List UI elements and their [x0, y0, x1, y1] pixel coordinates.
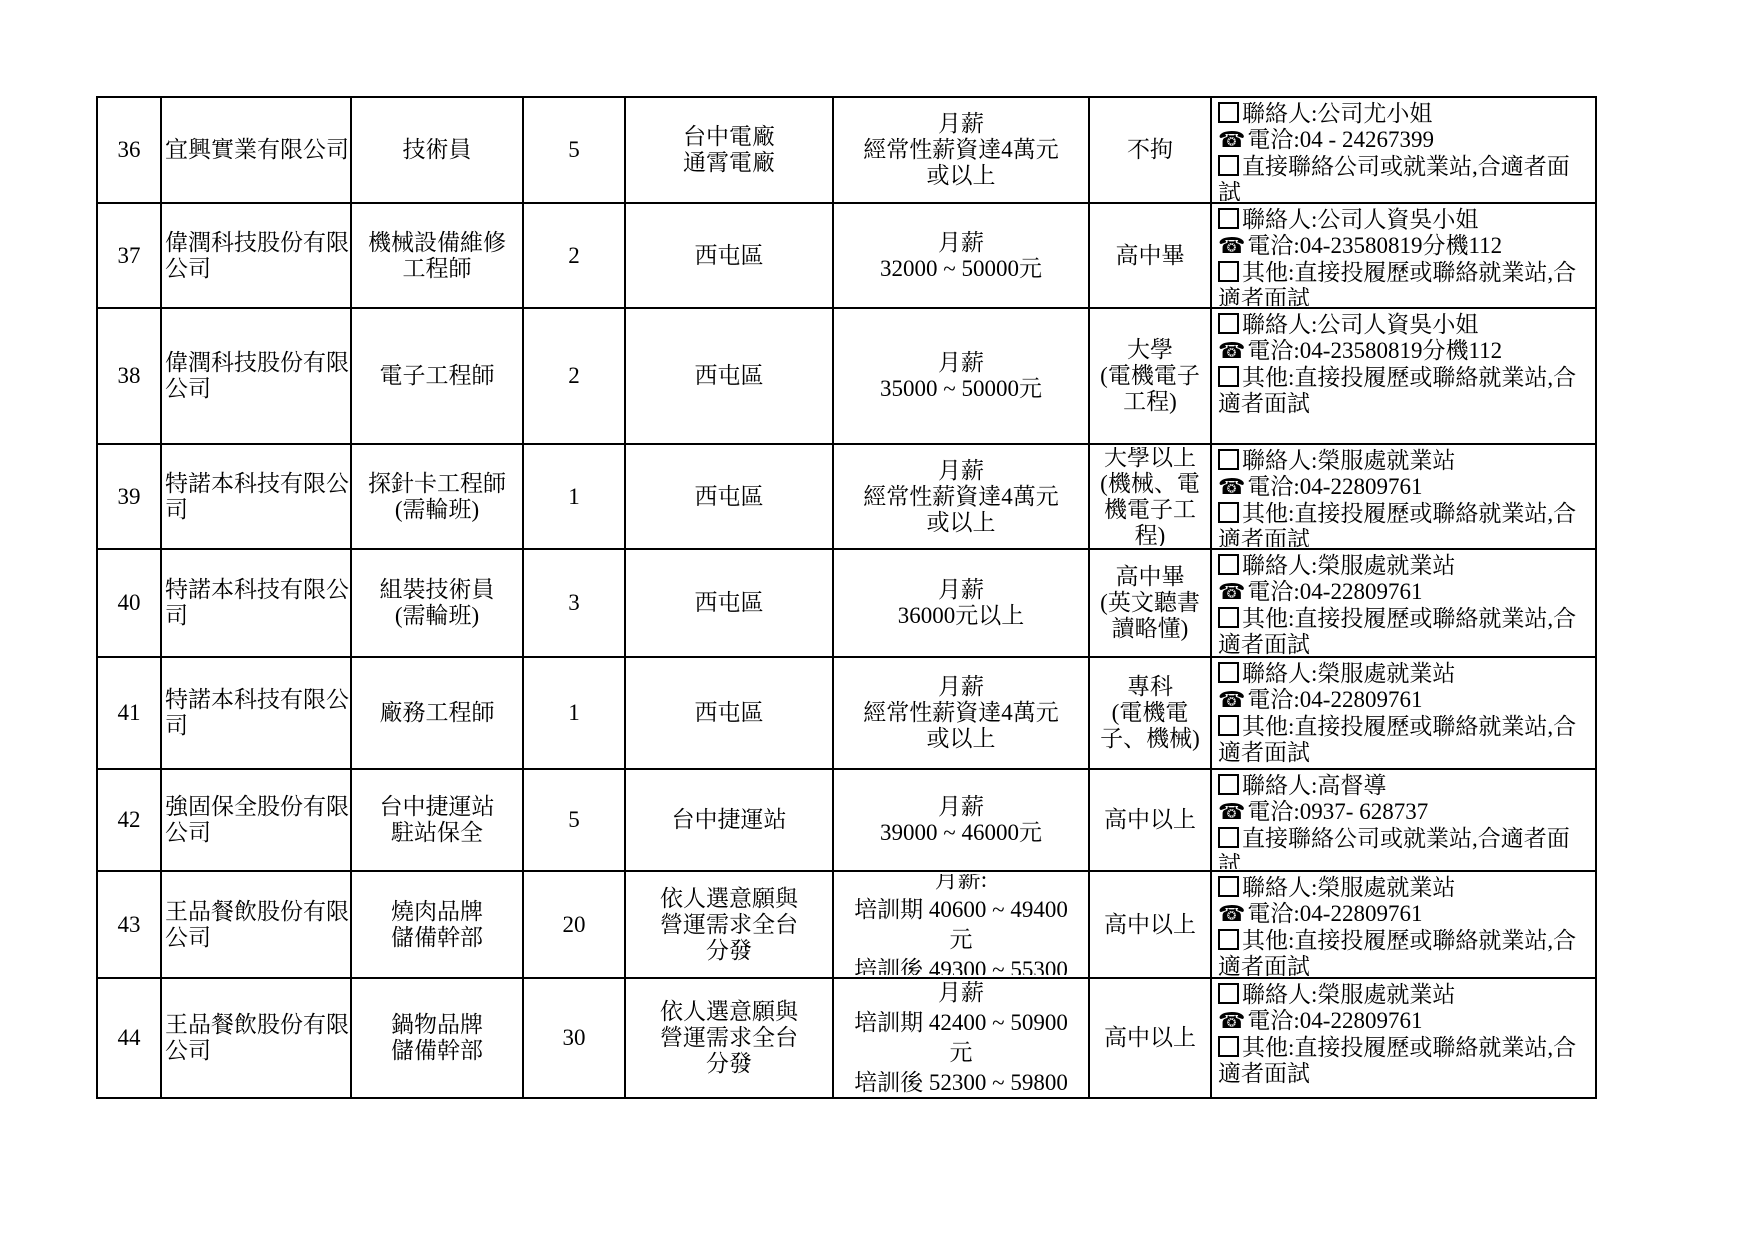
contact-text: 其他:直接投履歷或聯絡就業站,合適者面試	[1218, 606, 1576, 655]
text-line: 高中以上	[1090, 807, 1210, 833]
job-title: 鍋物品牌儲備幹部	[351, 978, 523, 1098]
contact-info: 聯絡人:榮服處就業站☎電洽:04-22809761其他:直接投履歷或聯絡就業站,…	[1211, 978, 1596, 1098]
openings-count: 1	[523, 444, 625, 549]
checkbox-icon	[1218, 876, 1239, 897]
checkbox-icon	[1218, 449, 1239, 470]
education-requirement: 高中以上	[1089, 769, 1211, 871]
text-line: 子、機械)	[1090, 726, 1210, 752]
checkbox-icon	[1218, 155, 1239, 176]
text-line: 機械設備維修	[352, 230, 522, 256]
row-number: 39	[97, 444, 161, 549]
contact-text: 聯絡人:榮服處就業站	[1242, 553, 1455, 578]
text-line: 儲備幹部	[352, 1038, 522, 1064]
text-line: 駐站保全	[352, 820, 522, 846]
row-number: 36	[97, 97, 161, 203]
row-number: 40	[97, 549, 161, 657]
work-location: 依人選意願與營運需求全台分發	[625, 871, 833, 978]
checkbox-icon	[1218, 983, 1239, 1004]
contact-info: 聯絡人:榮服處就業站☎電洽:04-22809761其他:直接投履歷或聯絡就業站,…	[1211, 871, 1596, 978]
openings-count: 2	[523, 308, 625, 444]
text-line: 特諾本科技有限公司	[165, 471, 350, 523]
contact-info: 聯絡人:榮服處就業站☎電洽:04-22809761其他:直接投履歷或聯絡就業站,…	[1211, 549, 1596, 657]
text-line: 月薪	[834, 674, 1088, 700]
row-number: 38	[97, 308, 161, 444]
text-line: 程)	[1090, 523, 1210, 547]
job-title: 技術員	[351, 97, 523, 203]
checkbox-icon	[1218, 1036, 1239, 1057]
contact-text: 其他:直接投履歷或聯絡就業站,合適者面試	[1218, 260, 1576, 306]
text-line: 培訓後 52300 ~ 59800	[834, 1068, 1088, 1095]
text-line: 43	[98, 912, 160, 938]
text-line: 月薪	[834, 981, 1088, 1008]
contact-line: 聯絡人:高督導	[1218, 773, 1591, 799]
text-line: 西屯區	[626, 590, 832, 616]
contact-text: 電洽:0937- 628737	[1247, 799, 1428, 824]
text-line: 36000元以上	[834, 603, 1088, 629]
openings-count: 30	[523, 978, 625, 1098]
education-requirement: 大學(電機電子工程)	[1089, 308, 1211, 444]
phone-icon: ☎	[1218, 800, 1245, 825]
text-line: 30	[524, 1025, 624, 1051]
contact-line: ☎電洽:04 - 24267399	[1218, 127, 1591, 154]
text-line: 高中畢	[1090, 564, 1210, 590]
contact-text: 其他:直接投履歷或聯絡就業站,合適者面試	[1218, 365, 1576, 416]
table-row: 41特諾本科技有限公司廠務工程師1西屯區月薪經常性薪資達4萬元或以上專科(電機電…	[97, 657, 1596, 769]
text-line: 37	[98, 243, 160, 269]
contact-line: 聯絡人:榮服處就業站	[1218, 553, 1591, 579]
text-line: 探針卡工程師	[352, 471, 522, 497]
text-line: (需輪班)	[352, 603, 522, 629]
checkbox-icon	[1218, 261, 1239, 282]
education-requirement: 高中畢(英文聽書讀略懂)	[1089, 549, 1211, 657]
checkbox-icon	[1218, 554, 1239, 575]
contact-text: 直接聯絡公司或就業站,合適者面試	[1218, 826, 1570, 869]
text-line: 36	[98, 137, 160, 163]
education-requirement: 不拘	[1089, 97, 1211, 203]
table-row: 44王品餐飲股份有限公司鍋物品牌儲備幹部30依人選意願與營運需求全台分發月薪培訓…	[97, 978, 1596, 1098]
text-line: 41	[98, 700, 160, 726]
text-line: 高中以上	[1090, 1025, 1210, 1051]
checkbox-icon	[1218, 607, 1239, 628]
text-line: 專科	[1090, 674, 1210, 700]
salary-text: 月薪39000 ~ 46000元	[833, 769, 1089, 871]
work-location: 西屯區	[625, 657, 833, 769]
contact-line: 聯絡人:榮服處就業站	[1218, 661, 1591, 687]
text-line: 3	[524, 590, 624, 616]
contact-line: 聯絡人:公司尤小姐	[1218, 101, 1591, 127]
text-line: (機械、電	[1090, 471, 1210, 497]
text-line: 20	[524, 912, 624, 938]
contact-line: 其他:直接投履歷或聯絡就業站,合適者面試	[1218, 365, 1591, 417]
row-number: 37	[97, 203, 161, 308]
text-line: 1	[524, 484, 624, 510]
text-line: (英文聽書	[1090, 590, 1210, 616]
contact-text: 其他:直接投履歷或聯絡就業站,合適者面試	[1218, 1035, 1576, 1086]
education-requirement: 高中畢	[1089, 203, 1211, 308]
contact-info: 聯絡人:高督導☎電洽:0937- 628737直接聯絡公司或就業站,合適者面試	[1211, 769, 1596, 871]
text-line: 2	[524, 363, 624, 389]
contact-info: 聯絡人:公司人資吳小姐☎電洽:04-23580819分機112其他:直接投履歷或…	[1211, 203, 1596, 308]
contact-line: 其他:直接投履歷或聯絡就業站,合適者面試	[1218, 1035, 1591, 1087]
contact-line: 聯絡人:榮服處就業站	[1218, 982, 1591, 1008]
contact-line: 其他:直接投履歷或聯絡就業站,合適者面試	[1218, 928, 1591, 976]
text-line: 月薪	[834, 577, 1088, 603]
row-number: 41	[97, 657, 161, 769]
text-line: 44	[98, 1025, 160, 1051]
text-line: 5	[524, 807, 624, 833]
text-line: 儲備幹部	[352, 925, 522, 951]
job-title: 組裝技術員(需輪班)	[351, 549, 523, 657]
company-name: 王品餐飲股份有限公司	[161, 871, 351, 978]
contact-text: 聯絡人:公司人資吳小姐	[1242, 312, 1478, 337]
text-line: 40	[98, 590, 160, 616]
education-requirement: 高中以上	[1089, 871, 1211, 978]
text-line: 元	[834, 925, 1088, 955]
contact-line: 其他:直接投履歷或聯絡就業站,合適者面試	[1218, 606, 1591, 655]
company-name: 特諾本科技有限公司	[161, 657, 351, 769]
phone-icon: ☎	[1218, 475, 1245, 500]
text-line: 王品餐飲股份有限公司	[165, 1012, 350, 1064]
text-line: 元	[834, 1038, 1088, 1068]
job-title: 電子工程師	[351, 308, 523, 444]
contact-text: 電洽:04-22809761	[1247, 1008, 1422, 1033]
contact-line: 其他:直接投履歷或聯絡就業站,合適者面試	[1218, 260, 1591, 306]
checkbox-icon	[1218, 929, 1239, 950]
salary-text: 月薪經常性薪資達4萬元或以上	[833, 444, 1089, 549]
text-line: 培訓期 42400 ~ 50900	[834, 1008, 1088, 1038]
contact-text: 電洽:04-22809761	[1247, 579, 1422, 604]
job-table-body: 36宜興實業有限公司技術員5台中電廠通霄電廠月薪經常性薪資達4萬元或以上不拘聯絡…	[97, 97, 1596, 1098]
text-line: 月薪	[834, 458, 1088, 484]
contact-text: 電洽:04-22809761	[1247, 901, 1422, 926]
table-row: 42強固保全股份有限公司台中捷運站駐站保全5台中捷運站月薪39000 ~ 460…	[97, 769, 1596, 871]
text-line: 2	[524, 243, 624, 269]
checkbox-icon	[1218, 502, 1239, 523]
checkbox-icon	[1218, 662, 1239, 683]
text-line: 依人選意願與	[626, 999, 832, 1025]
education-requirement: 專科(電機電子、機械)	[1089, 657, 1211, 769]
salary-text: 月薪經常性薪資達4萬元或以上	[833, 657, 1089, 769]
text-line: 台中捷運站	[352, 794, 522, 820]
salary-text: 月薪經常性薪資達4萬元或以上	[833, 97, 1089, 203]
text-line: 機電子工	[1090, 497, 1210, 523]
salary-text: 月薪35000 ~ 50000元	[833, 308, 1089, 444]
text-line: 鍋物品牌	[352, 1012, 522, 1038]
checkbox-icon	[1218, 774, 1239, 795]
text-line: 或以上	[834, 726, 1088, 752]
contact-text: 聯絡人:榮服處就業站	[1242, 875, 1455, 900]
text-line: 偉潤科技股份有限公司	[165, 350, 350, 402]
contact-text: 其他:直接投履歷或聯絡就業站,合適者面試	[1218, 714, 1576, 765]
text-line: 特諾本科技有限公司	[165, 577, 350, 629]
row-number: 44	[97, 978, 161, 1098]
contact-line: 直接聯絡公司或就業站,合適者面試	[1218, 826, 1591, 869]
text-line: 台中電廠	[626, 124, 832, 150]
table-row: 36宜興實業有限公司技術員5台中電廠通霄電廠月薪經常性薪資達4萬元或以上不拘聯絡…	[97, 97, 1596, 203]
text-line: 廠務工程師	[352, 700, 522, 726]
contact-line: ☎電洽:04-22809761	[1218, 1008, 1591, 1035]
checkbox-icon	[1218, 102, 1239, 123]
text-line: 經常性薪資達4萬元	[834, 137, 1088, 163]
text-line: 38	[98, 363, 160, 389]
contact-line: ☎電洽:04-22809761	[1218, 474, 1591, 501]
contact-text: 聯絡人:榮服處就業站	[1242, 448, 1455, 473]
job-listing-table: 36宜興實業有限公司技術員5台中電廠通霄電廠月薪經常性薪資達4萬元或以上不拘聯絡…	[96, 96, 1597, 1099]
checkbox-icon	[1218, 715, 1239, 736]
text-line: 台中捷運站	[626, 807, 832, 833]
job-title: 機械設備維修工程師	[351, 203, 523, 308]
text-line: 39	[98, 484, 160, 510]
contact-line: 聯絡人:榮服處就業站	[1218, 448, 1591, 474]
work-location: 西屯區	[625, 308, 833, 444]
company-name: 王品餐飲股份有限公司	[161, 978, 351, 1098]
salary-text: 月薪32000 ~ 50000元	[833, 203, 1089, 308]
contact-line: ☎電洽:0937- 628737	[1218, 799, 1591, 826]
text-line: 35000 ~ 50000元	[834, 376, 1088, 402]
text-line: 月薪:	[834, 874, 1088, 895]
text-line: 高中以上	[1090, 912, 1210, 938]
contact-text: 電洽:04-22809761	[1247, 474, 1422, 499]
phone-icon: ☎	[1218, 902, 1245, 927]
contact-text: 聯絡人:公司人資吳小姐	[1242, 207, 1478, 232]
table-row: 40特諾本科技有限公司組裝技術員(需輪班)3西屯區月薪36000元以上高中畢(英…	[97, 549, 1596, 657]
text-line: 王品餐飲股份有限公司	[165, 899, 350, 951]
contact-text: 聯絡人:高督導	[1242, 773, 1386, 798]
work-location: 台中捷運站	[625, 769, 833, 871]
phone-icon: ☎	[1218, 688, 1245, 713]
checkbox-icon	[1218, 827, 1239, 848]
text-line: 經常性薪資達4萬元	[834, 700, 1088, 726]
company-name: 強固保全股份有限公司	[161, 769, 351, 871]
company-name: 偉潤科技股份有限公司	[161, 203, 351, 308]
openings-count: 3	[523, 549, 625, 657]
text-line: 西屯區	[626, 363, 832, 389]
company-name: 宜興實業有限公司	[161, 97, 351, 203]
text-line: 月薪	[834, 794, 1088, 820]
contact-line: ☎電洽:04-22809761	[1218, 579, 1591, 606]
salary-text: 月薪:培訓期 40600 ~ 49400元培訓後 49300 ~ 55300	[833, 871, 1089, 978]
openings-count: 5	[523, 97, 625, 203]
contact-line: ☎電洽:04-22809761	[1218, 687, 1591, 714]
job-title: 探針卡工程師(需輪班)	[351, 444, 523, 549]
openings-count: 1	[523, 657, 625, 769]
text-line: 或以上	[834, 510, 1088, 536]
text-line: 西屯區	[626, 484, 832, 510]
text-line: 工程師	[352, 256, 522, 282]
job-title: 廠務工程師	[351, 657, 523, 769]
text-line: (電機電子	[1090, 363, 1210, 389]
contact-line: 聯絡人:公司人資吳小姐	[1218, 312, 1591, 338]
text-line: 不拘	[1090, 137, 1210, 163]
text-line: 燒肉品牌	[352, 899, 522, 925]
contact-text: 電洽:04-22809761	[1247, 687, 1422, 712]
text-line: 32000 ~ 50000元	[834, 256, 1088, 282]
work-location: 台中電廠通霄電廠	[625, 97, 833, 203]
contact-text: 電洽:04-23580819分機112	[1247, 233, 1502, 258]
text-line: 39000 ~ 46000元	[834, 820, 1088, 846]
job-title: 台中捷運站駐站保全	[351, 769, 523, 871]
contact-line: ☎電洽:04-23580819分機112	[1218, 233, 1591, 260]
text-line: 西屯區	[626, 243, 832, 269]
text-line: 營運需求全台	[626, 1025, 832, 1051]
table-row: 38偉潤科技股份有限公司電子工程師2西屯區月薪35000 ~ 50000元大學(…	[97, 308, 1596, 444]
text-line: 大學	[1090, 337, 1210, 363]
text-line: 強固保全股份有限公司	[165, 794, 350, 846]
text-line: 依人選意願與	[626, 886, 832, 912]
text-line: 高中畢	[1090, 243, 1210, 269]
text-line: 西屯區	[626, 700, 832, 726]
text-line: 特諾本科技有限公司	[165, 687, 350, 739]
company-name: 偉潤科技股份有限公司	[161, 308, 351, 444]
text-line: (需輪班)	[352, 497, 522, 523]
text-line: 培訓後 49300 ~ 55300	[834, 955, 1088, 976]
text-line: 42	[98, 807, 160, 833]
text-line: 營運需求全台	[626, 912, 832, 938]
salary-text: 月薪36000元以上	[833, 549, 1089, 657]
contact-text: 聯絡人:公司尤小姐	[1242, 101, 1432, 126]
phone-icon: ☎	[1218, 128, 1245, 153]
text-line: 5	[524, 137, 624, 163]
contact-line: 其他:直接投履歷或聯絡就業站,合適者面試	[1218, 501, 1591, 547]
contact-line: 其他:直接投履歷或聯絡就業站,合適者面試	[1218, 714, 1591, 766]
table-row: 39特諾本科技有限公司探針卡工程師(需輪班)1西屯區月薪經常性薪資達4萬元或以上…	[97, 444, 1596, 549]
text-line: 培訓期 40600 ~ 49400	[834, 895, 1088, 925]
phone-icon: ☎	[1218, 580, 1245, 605]
openings-count: 5	[523, 769, 625, 871]
text-line: 1	[524, 700, 624, 726]
contact-line: ☎電洽:04-22809761	[1218, 901, 1591, 928]
contact-line: 聯絡人:榮服處就業站	[1218, 875, 1591, 901]
text-line: 宜興實業有限公司	[165, 137, 350, 163]
contact-info: 聯絡人:榮服處就業站☎電洽:04-22809761其他:直接投履歷或聯絡就業站,…	[1211, 444, 1596, 549]
openings-count: 2	[523, 203, 625, 308]
table-row: 37偉潤科技股份有限公司機械設備維修工程師2西屯區月薪32000 ~ 50000…	[97, 203, 1596, 308]
text-line: 讀略懂)	[1090, 616, 1210, 642]
row-number: 43	[97, 871, 161, 978]
text-line: (電機電	[1090, 700, 1210, 726]
text-line: 或以上	[834, 163, 1088, 189]
checkbox-icon	[1218, 313, 1239, 334]
text-line: 工程)	[1090, 389, 1210, 415]
phone-icon: ☎	[1218, 234, 1245, 259]
contact-info: 聯絡人:公司人資吳小姐☎電洽:04-23580819分機112其他:直接投履歷或…	[1211, 308, 1596, 444]
text-line: 月薪	[834, 350, 1088, 376]
contact-text: 其他:直接投履歷或聯絡就業站,合適者面試	[1218, 928, 1576, 976]
text-line: 分發	[626, 1051, 832, 1077]
text-line: 技術員	[352, 137, 522, 163]
contact-text: 聯絡人:榮服處就業站	[1242, 661, 1455, 686]
work-location: 西屯區	[625, 549, 833, 657]
phone-icon: ☎	[1218, 339, 1245, 364]
contact-info: 聯絡人:公司尤小姐☎電洽:04 - 24267399直接聯絡公司或就業站,合適者…	[1211, 97, 1596, 203]
work-location: 西屯區	[625, 444, 833, 549]
contact-text: 其他:直接投履歷或聯絡就業站,合適者面試	[1218, 501, 1576, 547]
text-line: 通霄電廠	[626, 150, 832, 176]
table-row: 43王品餐飲股份有限公司燒肉品牌儲備幹部20依人選意願與營運需求全台分發月薪:培…	[97, 871, 1596, 978]
contact-text: 電洽:04-23580819分機112	[1247, 338, 1502, 363]
text-line: 電子工程師	[352, 363, 522, 389]
row-number: 42	[97, 769, 161, 871]
text-line: 大學以上	[1090, 447, 1210, 471]
contact-info: 聯絡人:榮服處就業站☎電洽:04-22809761其他:直接投履歷或聯絡就業站,…	[1211, 657, 1596, 769]
job-title: 燒肉品牌儲備幹部	[351, 871, 523, 978]
text-line: 月薪	[834, 230, 1088, 256]
salary-text: 月薪培訓期 42400 ~ 50900元培訓後 52300 ~ 59800	[833, 978, 1089, 1098]
document-page: 36宜興實業有限公司技術員5台中電廠通霄電廠月薪經常性薪資達4萬元或以上不拘聯絡…	[0, 0, 1755, 1241]
contact-text: 直接聯絡公司或就業站,合適者面試	[1218, 154, 1570, 201]
work-location: 依人選意願與營運需求全台分發	[625, 978, 833, 1098]
text-line: 經常性薪資達4萬元	[834, 484, 1088, 510]
contact-text: 聯絡人:榮服處就業站	[1242, 982, 1455, 1007]
text-line: 組裝技術員	[352, 577, 522, 603]
contact-line: ☎電洽:04-23580819分機112	[1218, 338, 1591, 365]
text-line: 月薪	[834, 111, 1088, 137]
checkbox-icon	[1218, 208, 1239, 229]
text-line: 分發	[626, 938, 832, 964]
openings-count: 20	[523, 871, 625, 978]
contact-line: 直接聯絡公司或就業站,合適者面試	[1218, 154, 1591, 201]
education-requirement: 高中以上	[1089, 978, 1211, 1098]
work-location: 西屯區	[625, 203, 833, 308]
contact-line: 聯絡人:公司人資吳小姐	[1218, 207, 1591, 233]
company-name: 特諾本科技有限公司	[161, 444, 351, 549]
education-requirement: 大學以上(機械、電機電子工程)	[1089, 444, 1211, 549]
text-line: 偉潤科技股份有限公司	[165, 230, 350, 282]
contact-text: 電洽:04 - 24267399	[1247, 127, 1434, 152]
company-name: 特諾本科技有限公司	[161, 549, 351, 657]
phone-icon: ☎	[1218, 1009, 1245, 1034]
checkbox-icon	[1218, 366, 1239, 387]
